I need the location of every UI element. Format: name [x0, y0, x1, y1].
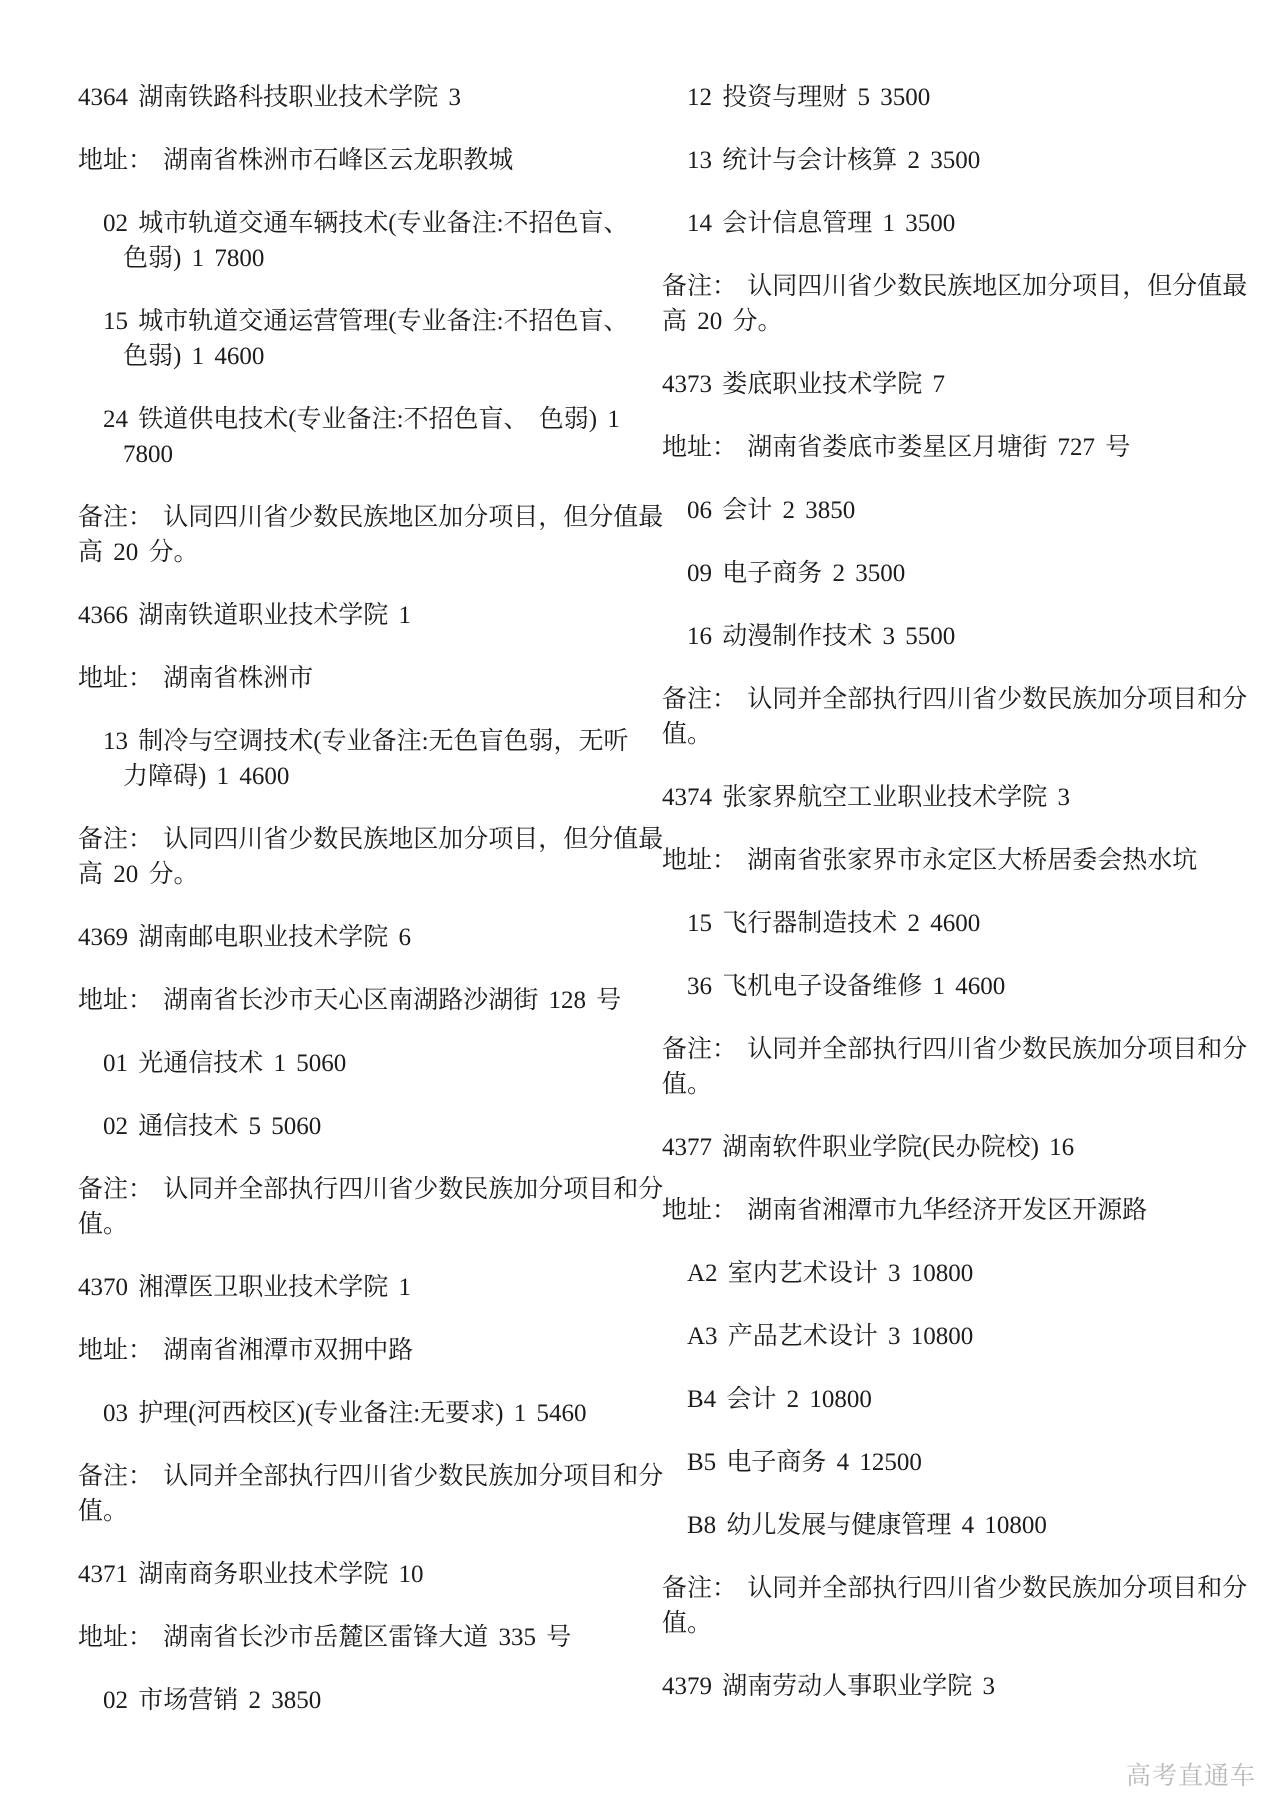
text-line: 4377 湖南软件职业学院(民办院校) 16	[662, 1130, 1262, 1165]
text-line: 地址： 湖南省株洲市石峰区云龙职教城	[78, 143, 662, 178]
major-line: 13 制冷与空调技术(专业备注:无色盲色弱，无听力障碍) 1 4600	[78, 724, 662, 794]
text-line: 值。	[78, 1207, 662, 1242]
major-line: 13 统计与会计核算 2 3500	[662, 143, 1262, 178]
major-line: 15 城市轨道交通运营管理(专业备注:不招色盲、色弱) 1 4600	[78, 304, 662, 374]
major-line: 24 铁道供电技术(专业备注:不招色盲、 色弱) 17800	[78, 402, 662, 472]
text-line: B4 会计 2 10800	[662, 1382, 1262, 1417]
text-line: 4371 湖南商务职业技术学院 10	[78, 1557, 662, 1592]
text-line: 09 电子商务 2 3500	[662, 556, 1262, 591]
text-line: 4366 湖南铁道职业技术学院 1	[78, 598, 662, 633]
address-line: 地址： 湖南省株洲市石峰区云龙职教城	[78, 143, 662, 178]
address-line: 地址： 湖南省长沙市岳麓区雷锋大道 335 号	[78, 1620, 662, 1655]
address-line: 地址： 湖南省湘潭市九华经济开发区开源路	[662, 1193, 1262, 1228]
note-line: 备注： 认同并全部执行四川省少数民族加分项目和分值。	[78, 1459, 662, 1529]
text-line: 4379 湖南劳动人事职业学院 3	[662, 1669, 1262, 1704]
note-line: 备注： 认同并全部执行四川省少数民族加分项目和分值。	[662, 682, 1262, 752]
college-entry: 4379 湖南劳动人事职业学院 3	[662, 1669, 1262, 1704]
major-line: 15 飞行器制造技术 2 4600	[662, 906, 1262, 941]
text-line: 01 光通信技术 1 5060	[78, 1046, 662, 1081]
text-line: 15 城市轨道交通运营管理(专业备注:不招色盲、	[78, 304, 662, 339]
document-page: 4364 湖南铁路科技职业技术学院 3地址： 湖南省株洲市石峰区云龙职教城02 …	[0, 0, 1280, 1810]
college-entry: 4371 湖南商务职业技术学院 10	[78, 1557, 662, 1592]
text-line: 03 护理(河西校区)(专业备注:无要求) 1 5460	[78, 1396, 662, 1431]
text-line: A3 产品艺术设计 3 10800	[662, 1319, 1262, 1354]
text-line: 色弱) 1 4600	[78, 339, 662, 374]
text-line: 4364 湖南铁路科技职业技术学院 3	[78, 80, 662, 115]
text-line: 色弱) 1 7800	[78, 241, 662, 276]
college-entry: 4370 湘潭医卫职业技术学院 1	[78, 1270, 662, 1305]
major-line: B5 电子商务 4 12500	[662, 1445, 1262, 1480]
text-line: A2 室内艺术设计 3 10800	[662, 1256, 1262, 1291]
major-line: 14 会计信息管理 1 3500	[662, 206, 1262, 241]
major-line: B8 幼儿发展与健康管理 4 10800	[662, 1508, 1262, 1543]
major-line: A2 室内艺术设计 3 10800	[662, 1256, 1262, 1291]
text-line: 02 通信技术 5 5060	[78, 1109, 662, 1144]
text-line: 地址： 湖南省湘潭市双拥中路	[78, 1333, 662, 1368]
right-column: 12 投资与理财 5 350013 统计与会计核算 2 350014 会计信息管…	[662, 80, 1262, 1732]
major-line: 02 市场营销 2 3850	[78, 1683, 662, 1718]
major-line: A3 产品艺术设计 3 10800	[662, 1319, 1262, 1354]
major-line: 03 护理(河西校区)(专业备注:无要求) 1 5460	[78, 1396, 662, 1431]
text-line: B8 幼儿发展与健康管理 4 10800	[662, 1508, 1262, 1543]
text-line: 16 动漫制作技术 3 5500	[662, 619, 1262, 654]
note-line: 备注： 认同并全部执行四川省少数民族加分项目和分值。	[662, 1032, 1262, 1102]
text-line: 地址： 湖南省湘潭市九华经济开发区开源路	[662, 1193, 1262, 1228]
major-line: B4 会计 2 10800	[662, 1382, 1262, 1417]
text-line: 高 20 分。	[78, 535, 662, 570]
text-line: 02 城市轨道交通车辆技术(专业备注:不招色盲、	[78, 206, 662, 241]
text-line: 备注： 认同并全部执行四川省少数民族加分项目和分	[662, 1032, 1262, 1067]
note-line: 备注： 认同并全部执行四川省少数民族加分项目和分值。	[662, 1571, 1262, 1641]
text-line: 备注： 认同并全部执行四川省少数民族加分项目和分	[78, 1172, 662, 1207]
text-line: 4370 湘潭医卫职业技术学院 1	[78, 1270, 662, 1305]
college-entry: 4377 湖南软件职业学院(民办院校) 16	[662, 1130, 1262, 1165]
text-line: 地址： 湖南省株洲市	[78, 661, 662, 696]
major-line: 01 光通信技术 1 5060	[78, 1046, 662, 1081]
text-line: 4373 娄底职业技术学院 7	[662, 367, 1262, 402]
text-line: 备注： 认同并全部执行四川省少数民族加分项目和分	[78, 1459, 662, 1494]
major-line: 02 城市轨道交通车辆技术(专业备注:不招色盲、色弱) 1 7800	[78, 206, 662, 276]
college-entry: 4369 湖南邮电职业技术学院 6	[78, 920, 662, 955]
text-line: 备注： 认同四川省少数民族地区加分项目，但分值最	[78, 822, 662, 857]
text-line: 15 飞行器制造技术 2 4600	[662, 906, 1262, 941]
major-line: 16 动漫制作技术 3 5500	[662, 619, 1262, 654]
text-line: 地址： 湖南省长沙市天心区南湖路沙湖街 128 号	[78, 983, 662, 1018]
text-line: 14 会计信息管理 1 3500	[662, 206, 1262, 241]
college-entry: 4366 湖南铁道职业技术学院 1	[78, 598, 662, 633]
text-line: 7800	[78, 437, 662, 472]
text-line: 4374 张家界航空工业职业技术学院 3	[662, 780, 1262, 815]
text-line: 4369 湖南邮电职业技术学院 6	[78, 920, 662, 955]
text-line: 地址： 湖南省张家界市永定区大桥居委会热水坑	[662, 843, 1262, 878]
text-line: 备注： 认同四川省少数民族地区加分项目，但分值最	[78, 500, 662, 535]
address-line: 地址： 湖南省张家界市永定区大桥居委会热水坑	[662, 843, 1262, 878]
college-entry: 4364 湖南铁路科技职业技术学院 3	[78, 80, 662, 115]
text-line: 值。	[662, 1067, 1262, 1102]
text-line: 备注： 认同四川省少数民族地区加分项目，但分值最	[662, 269, 1262, 304]
text-line: 备注： 认同并全部执行四川省少数民族加分项目和分	[662, 1571, 1262, 1606]
major-line: 12 投资与理财 5 3500	[662, 80, 1262, 115]
text-line: 13 统计与会计核算 2 3500	[662, 143, 1262, 178]
left-column: 4364 湖南铁路科技职业技术学院 3地址： 湖南省株洲市石峰区云龙职教城02 …	[78, 80, 662, 1746]
text-line: 值。	[662, 717, 1262, 752]
text-line: 13 制冷与空调技术(专业备注:无色盲色弱，无听	[78, 724, 662, 759]
major-line: 36 飞机电子设备维修 1 4600	[662, 969, 1262, 1004]
note-line: 备注： 认同并全部执行四川省少数民族加分项目和分值。	[78, 1172, 662, 1242]
text-line: 06 会计 2 3850	[662, 493, 1262, 528]
text-line: 备注： 认同并全部执行四川省少数民族加分项目和分	[662, 682, 1262, 717]
text-line: 高 20 分。	[662, 304, 1262, 339]
text-line: 值。	[662, 1606, 1262, 1641]
note-line: 备注： 认同四川省少数民族地区加分项目，但分值最高 20 分。	[662, 269, 1262, 339]
college-entry: 4374 张家界航空工业职业技术学院 3	[662, 780, 1262, 815]
address-line: 地址： 湖南省长沙市天心区南湖路沙湖街 128 号	[78, 983, 662, 1018]
text-line: 02 市场营销 2 3850	[78, 1683, 662, 1718]
address-line: 地址： 湖南省株洲市	[78, 661, 662, 696]
text-line: 12 投资与理财 5 3500	[662, 80, 1262, 115]
note-line: 备注： 认同四川省少数民族地区加分项目，但分值最高 20 分。	[78, 822, 662, 892]
text-line: 力障碍) 1 4600	[78, 759, 662, 794]
text-line: 地址： 湖南省娄底市娄星区月塘街 727 号	[662, 430, 1262, 465]
text-line: 高 20 分。	[78, 857, 662, 892]
text-line: 24 铁道供电技术(专业备注:不招色盲、 色弱) 1	[78, 402, 662, 437]
text-line: 值。	[78, 1494, 662, 1529]
address-line: 地址： 湖南省湘潭市双拥中路	[78, 1333, 662, 1368]
major-line: 06 会计 2 3850	[662, 493, 1262, 528]
text-line: 地址： 湖南省长沙市岳麓区雷锋大道 335 号	[78, 1620, 662, 1655]
note-line: 备注： 认同四川省少数民族地区加分项目，但分值最高 20 分。	[78, 500, 662, 570]
watermark: 高考直通车	[1126, 1762, 1256, 1792]
address-line: 地址： 湖南省娄底市娄星区月塘街 727 号	[662, 430, 1262, 465]
major-line: 02 通信技术 5 5060	[78, 1109, 662, 1144]
text-line: B5 电子商务 4 12500	[662, 1445, 1262, 1480]
text-line: 36 飞机电子设备维修 1 4600	[662, 969, 1262, 1004]
major-line: 09 电子商务 2 3500	[662, 556, 1262, 591]
college-entry: 4373 娄底职业技术学院 7	[662, 367, 1262, 402]
